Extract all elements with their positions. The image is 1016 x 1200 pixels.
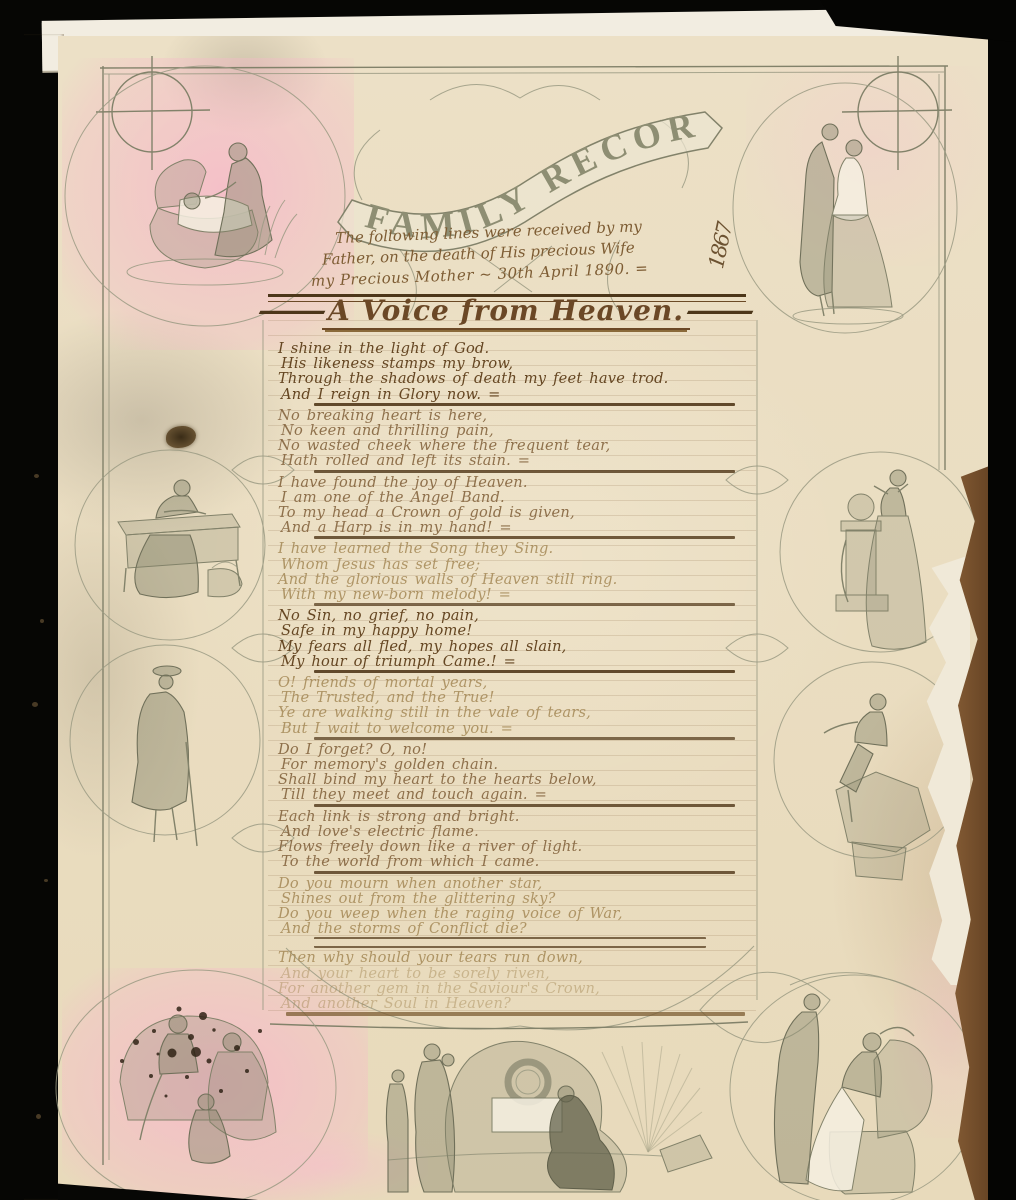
- foxing-speck: [32, 702, 38, 707]
- poem-stanza: I have learned the Song they Sing.Whom J…: [278, 541, 756, 606]
- poem-line: O! friends of mortal years,: [278, 675, 756, 690]
- foxing-speck: [44, 879, 48, 882]
- poem-stanza: Do I forget? O, no!For memory's golden c…: [278, 742, 756, 807]
- poem-stanza: No Sin, no grief, no pain,Safe in my hap…: [278, 608, 756, 673]
- poem-stanza: I shine in the light of God.His likeness…: [278, 341, 756, 406]
- poem-line: Till they meet and touch again. =: [278, 787, 756, 802]
- poem-line: Shall bind my heart to the hearts below,: [278, 772, 756, 787]
- poem-line: Through the shadows of death my feet hav…: [278, 371, 756, 386]
- poem-line: Flows freely down like a river of light.: [278, 839, 756, 854]
- page-damage-hole: [166, 426, 196, 448]
- ink-rule: [314, 937, 706, 948]
- poem-stanza: O! friends of mortal years,The Trusted, …: [278, 675, 756, 740]
- poem-line: For memory's golden chain.: [278, 757, 756, 772]
- black-background-right: [988, 0, 1016, 1200]
- foxing-speck: [34, 474, 39, 478]
- poem-line: Shines out from the glittering sky?: [278, 891, 756, 906]
- ink-rule: [314, 737, 735, 740]
- poem-title: —A Voice from Heaven.—: [262, 294, 748, 327]
- poem-line: And the glorious walls of Heaven still r…: [278, 572, 756, 587]
- poem-line: I have learned the Song they Sing.: [278, 541, 756, 556]
- poem-line: The Trusted, and the True!: [278, 690, 756, 705]
- poem-line: Each link is strong and bright.: [278, 809, 756, 824]
- poem-line: Then why should your tears run down,: [278, 950, 756, 965]
- ink-rule: [314, 871, 735, 874]
- poem-stanza: Do you mourn when another star,Shines ou…: [278, 876, 756, 949]
- ink-rule: [314, 804, 735, 807]
- title-dash-left: —: [256, 294, 329, 327]
- poem-stanza: No breaking heart is here,No keen and th…: [278, 408, 756, 473]
- poem-line: Do I forget? O, no!: [278, 742, 756, 757]
- poem-line: And love's electric flame.: [278, 824, 756, 839]
- poem-stanza: Each link is strong and bright.And love'…: [278, 809, 756, 874]
- pink-wash-top-right: [746, 66, 998, 266]
- poem-line: Hath rolled and left its stain. =: [278, 453, 756, 468]
- poem-line: And the storms of Conflict die?: [278, 921, 756, 936]
- poem-line: And another Soul in Heaven?: [278, 996, 756, 1011]
- poem-line: Do you weep when the raging voice of War…: [278, 906, 756, 921]
- poem-line: For another gem in the Saviour's Crown,: [278, 981, 756, 996]
- ink-rule: [314, 403, 735, 406]
- poem-line: My fears all fled, my hopes all slain,: [278, 639, 756, 654]
- title-dash-right: —: [684, 294, 757, 327]
- pink-wash-bottom-center: [228, 1132, 428, 1200]
- ink-rule: [314, 470, 735, 473]
- poem-line: To my head a Crown of gold is given,: [278, 505, 756, 520]
- poem-line: No Sin, no grief, no pain,: [278, 608, 756, 623]
- poem-title-text: A Voice from Heaven.: [322, 294, 690, 330]
- poem-line: Do you mourn when another star,: [278, 876, 756, 891]
- poem-line: No wasted cheek where the frequent tear,: [278, 438, 756, 453]
- poem-line: No keen and thrilling pain,: [278, 423, 756, 438]
- poem-line: I shine in the light of God.: [278, 341, 756, 356]
- poem-line: I have found the joy of Heaven.: [278, 475, 756, 490]
- foxing-speck: [36, 1114, 41, 1119]
- scanned-album-page: FAMILY RECORD.: [0, 0, 1016, 1200]
- poem-line: But I wait to welcome you. =: [278, 721, 756, 736]
- poem: I shine in the light of God.His likeness…: [278, 341, 756, 1018]
- ink-rule: [314, 536, 735, 539]
- poem-line: My hour of triumph Came.! =: [278, 654, 756, 669]
- ink-rule: [314, 670, 735, 673]
- foxing-speck: [40, 619, 44, 623]
- poem-line: And a Harp is in my hand! =: [278, 520, 756, 535]
- poem-line: To the world from which I came.: [278, 854, 756, 869]
- poem-line: His likeness stamps my brow,: [278, 356, 756, 371]
- poem-line: With my new-born melody! =: [278, 587, 756, 602]
- poem-line: Ye are walking still in the vale of tear…: [278, 705, 756, 720]
- poem-stanza: Then why should your tears run down,And …: [278, 950, 756, 1015]
- poem-line: I am one of the Angel Band.: [278, 490, 756, 505]
- poem-line: No breaking heart is here,: [278, 408, 756, 423]
- ink-rule: [286, 1012, 745, 1016]
- poem-line: Whom Jesus has set free;: [278, 557, 756, 572]
- poem-line: And I reign in Glory now. =: [278, 387, 756, 402]
- ink-rule: [314, 603, 735, 606]
- poem-stanza: I have found the joy of Heaven.I am one …: [278, 475, 756, 540]
- poem-line: Safe in my happy home!: [278, 623, 756, 638]
- poem-line: And your heart to be sorely riven,: [278, 966, 756, 981]
